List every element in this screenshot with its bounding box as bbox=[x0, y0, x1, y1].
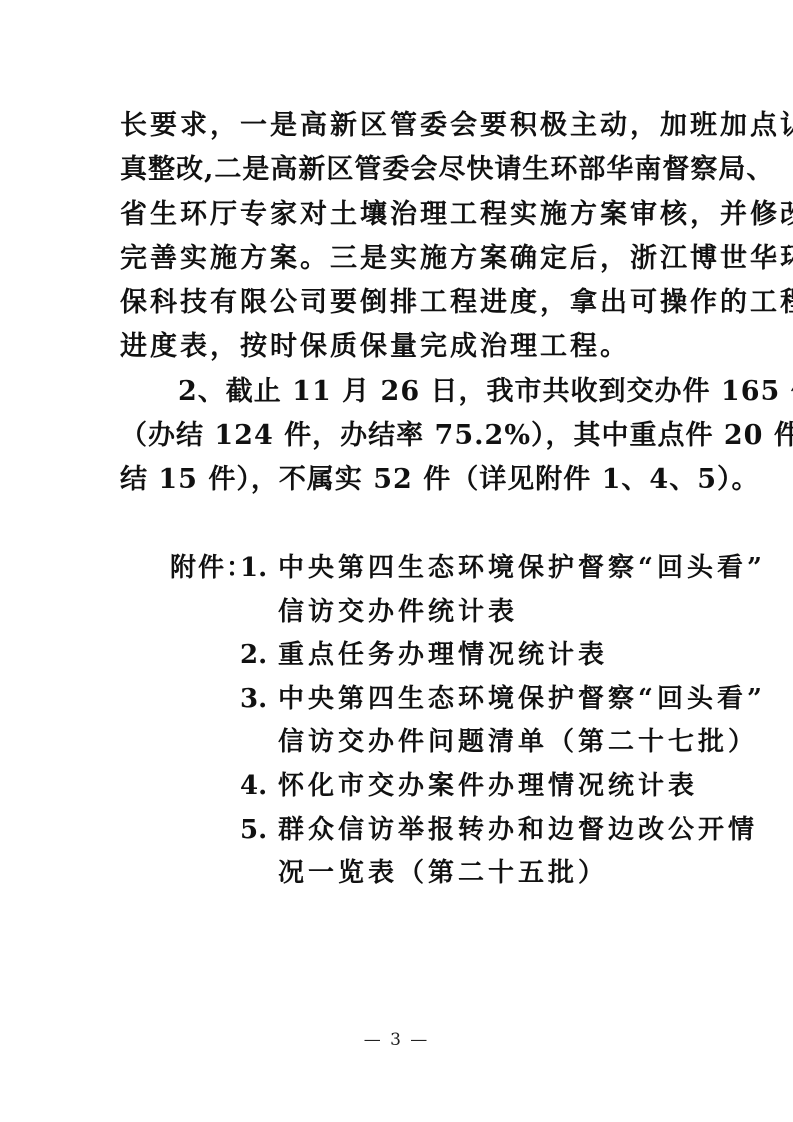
paragraph-2-line-3: 结 15 件），不属实 52 件（详见附件 1、4、5）。 bbox=[120, 458, 676, 502]
attachment-title: 群众信访举报转办和边督边改公开情 bbox=[278, 809, 758, 853]
attachment-number: 4. bbox=[240, 765, 267, 809]
attachment-item-1-cont: 信访交办件统计表 bbox=[170, 591, 710, 635]
attachment-number: 2. bbox=[240, 634, 267, 678]
attachment-item-2: 2. 重点任务办理情况统计表 bbox=[170, 634, 710, 678]
attachment-title: 中央第四生态环境保护督察“回头看” bbox=[278, 547, 766, 591]
body-text: 长要求，一是高新区管委会要积极主动，加班加点认 真整改,二是高新区管委会尽快请生… bbox=[120, 104, 676, 503]
attachment-item-3: 3. 中央第四生态环境保护督察“回头看” bbox=[170, 678, 710, 722]
paragraph-2-line-2: （办结 124 件，办结率 75.2%），其中重点件 20 件（办 bbox=[120, 414, 676, 458]
attachment-title: 信访交办件问题清单（第二十七批） bbox=[278, 721, 758, 765]
document-page: 长要求，一是高新区管委会要积极主动，加班加点认 真整改,二是高新区管委会尽快请生… bbox=[0, 0, 793, 1122]
attachment-number: 5. bbox=[240, 809, 267, 853]
paragraph-1-line-2: 真整改,二是高新区管委会尽快请生环部华南督察局、 bbox=[120, 148, 676, 192]
attachment-title: 重点任务办理情况统计表 bbox=[278, 634, 608, 678]
attachment-item-5-cont: 况一览表（第二十五批） bbox=[170, 852, 710, 896]
attachment-title: 信访交办件统计表 bbox=[278, 591, 518, 635]
paragraph-1-line-6: 进度表，按时保质保量完成治理工程。 bbox=[120, 325, 676, 369]
attachment-number: 3. bbox=[240, 678, 267, 722]
paragraph-1-line-4: 完善实施方案。三是实施方案确定后，浙江博世华环 bbox=[120, 237, 676, 281]
attachment-item-5: 5. 群众信访举报转办和边督边改公开情 bbox=[170, 809, 710, 853]
attachment-item-3-cont: 信访交办件问题清单（第二十七批） bbox=[170, 721, 710, 765]
paragraph-1-line-1: 长要求，一是高新区管委会要积极主动，加班加点认 bbox=[120, 104, 676, 148]
paragraph-1-line-5: 保科技有限公司要倒排工程进度，拿出可操作的工程 bbox=[120, 281, 676, 325]
attachment-item-1: 附件： 1. 中央第四生态环境保护督察“回头看” bbox=[170, 547, 710, 591]
paragraph-1-line-3: 省生环厅专家对土壤治理工程实施方案审核，并修改 bbox=[120, 193, 676, 237]
attachment-item-4: 4. 怀化市交办案件办理情况统计表 bbox=[170, 765, 710, 809]
attachment-number: 1. bbox=[240, 547, 267, 591]
paragraph-2-line-1: 2、截止 11 月 26 日，我市共收到交办件 165 件 bbox=[120, 370, 676, 414]
page-number: — 3 — bbox=[0, 1030, 793, 1050]
attachment-title: 中央第四生态环境保护督察“回头看” bbox=[278, 678, 766, 722]
attachment-title: 怀化市交办案件办理情况统计表 bbox=[278, 765, 698, 809]
attachment-title: 况一览表（第二十五批） bbox=[278, 852, 608, 896]
attachments-list: 附件： 1. 中央第四生态环境保护督察“回头看” 信访交办件统计表 2. 重点任… bbox=[170, 547, 710, 896]
